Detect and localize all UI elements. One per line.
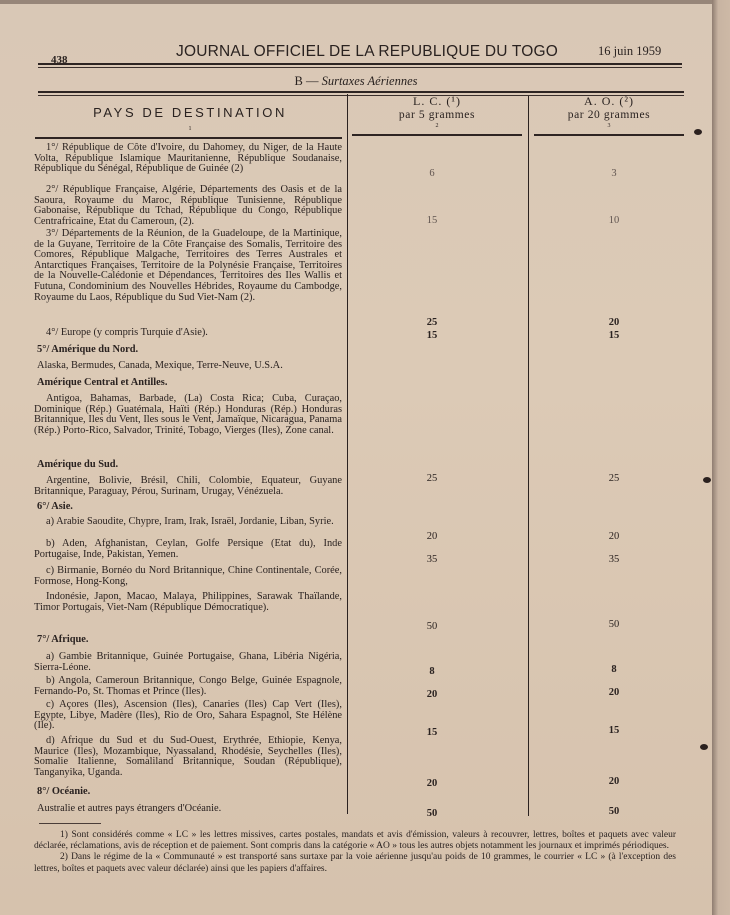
region-heading: Amérique Central et Antilles. [37, 378, 345, 389]
lc-rate: 20 [412, 531, 452, 542]
ao-rate: 20 [594, 317, 634, 328]
document-page: 438 JOURNAL OFFICIEL DE LA REPUBLIQUE DU… [0, 4, 712, 915]
region-heading: Amérique du Sud. [37, 460, 345, 471]
ao-rate: 25 [594, 473, 634, 484]
table-row-destination: c) Açores (Iles), Ascension (Iles), Cana… [34, 700, 342, 732]
lc-rate: 20 [412, 778, 452, 789]
section-title: B — Surtaxes Aériennes [0, 74, 712, 89]
lc-rate: 25 [412, 317, 452, 328]
lc-rate: 50 [412, 808, 452, 819]
table-row-destination: b) Angola, Cameroun Britannique, Congo B… [34, 676, 342, 697]
running-head: 438 JOURNAL OFFICIEL DE LA REPUBLIQUE DU… [0, 40, 712, 64]
adjacent-page-edge [712, 0, 730, 915]
table-row-destination: a) Gambie Britannique, Guinée Portugaise… [34, 652, 342, 673]
table-row-destination: Indonésie, Japon, Macao, Malaya, Philipp… [34, 592, 342, 613]
column-rule-3 [534, 134, 684, 136]
ao-rate: 50 [594, 806, 634, 817]
table-row-destination: 4°/ Europe (y compris Turquie d'Asie). [34, 328, 342, 339]
lc-rate: 35 [412, 554, 452, 565]
lc-rate: 20 [412, 689, 452, 700]
lc-rate: 15 [412, 330, 452, 341]
header-rule-thin [38, 67, 682, 68]
table-row-destination: Antigoa, Bahamas, Barbade, (La) Costa Ri… [34, 394, 342, 436]
lc-rate: 6 [412, 168, 452, 179]
column-header-destination: PAYS DE DESTINATION 1 [40, 105, 340, 132]
table-row-destination: Alaska, Bermudes, Canada, Mexique, Terre… [37, 361, 345, 372]
column-divider-1 [347, 94, 348, 814]
table-row-destination: Australie et autres pays étrangers d'Océ… [37, 804, 345, 815]
ao-rate: 20 [594, 687, 634, 698]
region-heading: 6°/ Asie. [37, 502, 345, 513]
lc-rate: 15 [412, 727, 452, 738]
lc-rate: 50 [412, 621, 452, 632]
table-row-destination: Argentine, Bolivie, Brésil, Chili, Colom… [34, 476, 342, 497]
table-row-destination: d) Afrique du Sud et du Sud-Ouest, Eryth… [34, 736, 342, 778]
column-title: PAYS DE DESTINATION [40, 105, 340, 120]
column-number: 3 [534, 123, 684, 129]
ao-rate: 20 [594, 776, 634, 787]
table-row-destination: 2°/ République Française, Algérie, Dépar… [34, 185, 342, 227]
column-header-lc: L. C. (¹) par 5 grammes 2 [352, 94, 522, 129]
column-number: 2 [352, 123, 522, 129]
ao-rate: 15 [594, 725, 634, 736]
footnote-2: 2) Dans le régime de la « Communauté » e… [34, 852, 676, 874]
header-rule [38, 63, 682, 65]
ao-rate: 35 [594, 554, 634, 565]
column-header-ao: A. O. (²) par 20 grammes 3 [534, 94, 684, 129]
ao-rate: 3 [594, 168, 634, 179]
ao-rate: 8 [594, 664, 634, 675]
table-row-destination: 1°/ République de Côte d'Ivoire, du Daho… [34, 143, 342, 175]
column-subtitle: par 5 grammes [352, 109, 522, 121]
column-subtitle: par 20 grammes [534, 109, 684, 121]
region-heading: 5°/ Amérique du Nord. [37, 345, 345, 356]
paper-blemish [700, 744, 708, 750]
ao-rate: 50 [594, 619, 634, 630]
column-number: 1 [40, 126, 340, 132]
table-row-destination: a) Arabie Saoudite, Chypre, Iram, Irak, … [34, 517, 342, 528]
footnote-1: 1) Sont considérés comme « LC » les lett… [34, 830, 676, 852]
lc-rate: 15 [412, 215, 452, 226]
ao-rate: 10 [594, 215, 634, 226]
ao-rate: 15 [594, 330, 634, 341]
table-top-rule [38, 91, 684, 93]
journal-title: JOURNAL OFFICIEL DE LA REPUBLIQUE DU TOG… [176, 43, 558, 61]
footnote-rule [39, 823, 101, 824]
table-row-destination: 3°/ Départements de la Réunion, de la Gu… [34, 229, 342, 303]
region-heading: 8°/ Océanie. [37, 787, 345, 798]
column-title: L. C. (¹) [352, 94, 522, 109]
paper-blemish [703, 477, 711, 483]
column-rule-1 [35, 137, 342, 139]
table-row-destination: c) Birmanie, Bornéo du Nord Britannique,… [34, 566, 342, 587]
section-letter: B — [294, 74, 321, 88]
lc-rate: 8 [412, 666, 452, 677]
region-heading: 7°/ Afrique. [37, 635, 345, 646]
lc-rate: 25 [412, 473, 452, 484]
section-name: Surtaxes Aériennes [322, 74, 418, 88]
footnotes: 1) Sont considérés comme « LC » les lett… [34, 830, 676, 875]
table-row-destination: b) Aden, Afghanistan, Ceylan, Golfe Pers… [34, 539, 342, 560]
column-divider-2 [528, 96, 529, 816]
ao-rate: 20 [594, 531, 634, 542]
paper-blemish [694, 129, 702, 135]
column-title: A. O. (²) [534, 94, 684, 109]
issue-date: 16 juin 1959 [598, 44, 661, 59]
column-rule-2 [352, 134, 522, 136]
